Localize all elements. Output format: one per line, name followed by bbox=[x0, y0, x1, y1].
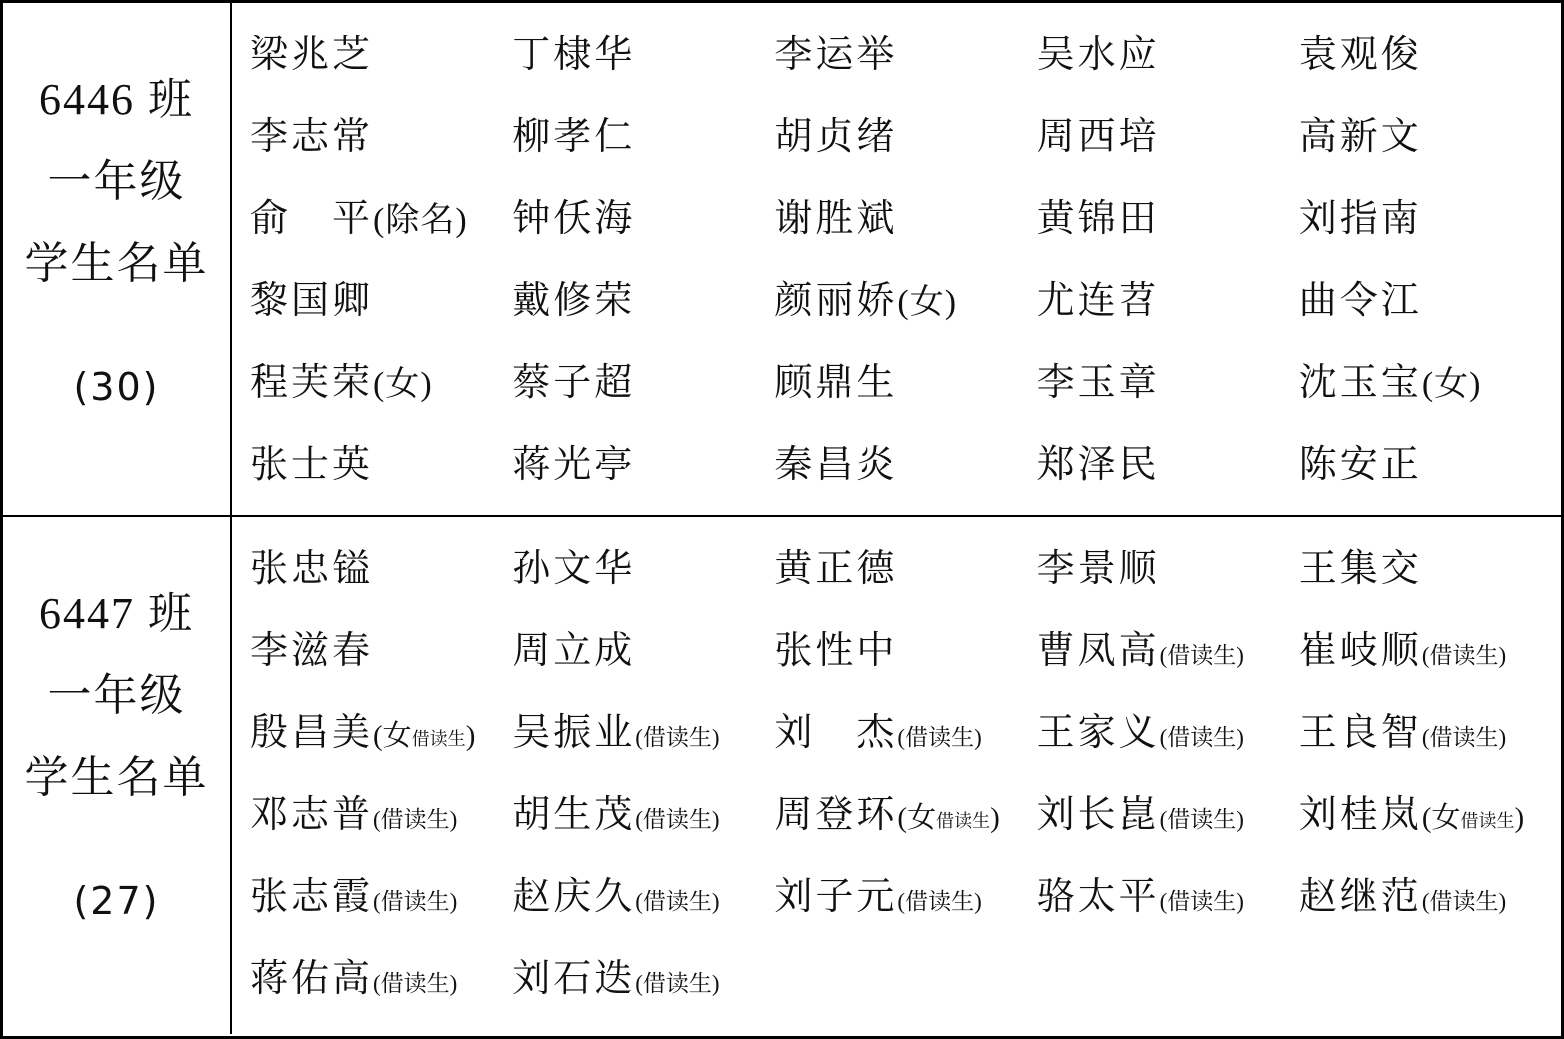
student-entry: 蒋光亭 bbox=[512, 433, 774, 488]
student-entry: 曲令江 bbox=[1299, 269, 1561, 324]
student-entry: 李运举 bbox=[774, 23, 1036, 78]
student-entry: 李玉章 bbox=[1037, 351, 1299, 406]
student-name: 蒋光亭 bbox=[512, 444, 635, 486]
student-name: 钟仸海 bbox=[512, 198, 635, 240]
student-entry: 尤连苕 bbox=[1037, 269, 1299, 324]
student-note: (借读生) bbox=[1160, 725, 1244, 750]
student-entry: 周登环(女借读生) bbox=[774, 783, 1036, 838]
student-name: 尤连苕 bbox=[1037, 280, 1160, 322]
student-name: 黄正德 bbox=[774, 548, 897, 590]
section-header-6446: 6446 班 一年级 学生名单 (30) bbox=[3, 3, 232, 515]
student-entry: 张性中 bbox=[774, 619, 1036, 674]
student-name: 陈安正 bbox=[1299, 444, 1422, 486]
student-note: (女借读生) bbox=[1422, 794, 1524, 836]
student-name: 程芙荣 bbox=[250, 362, 373, 404]
student-entry: 蒋佑高(借读生) bbox=[250, 947, 512, 1002]
student-note: (女) bbox=[1422, 366, 1482, 403]
student-name: 周西培 bbox=[1037, 116, 1160, 158]
student-entry: 崔岐顺(借读生) bbox=[1299, 619, 1561, 674]
student-entry: 黎国卿 bbox=[250, 269, 512, 324]
student-entry: 沈玉宝(女) bbox=[1299, 351, 1561, 406]
student-entry: 殷昌美(女借读生) bbox=[250, 701, 512, 756]
student-name: 王家义 bbox=[1037, 712, 1160, 754]
student-note: (借读生) bbox=[1422, 889, 1506, 914]
student-name: 胡生茂 bbox=[512, 794, 635, 836]
student-entry: 刘 杰(借读生) bbox=[774, 701, 1036, 756]
student-name: 李滋春 bbox=[250, 630, 373, 672]
student-name: 高新文 bbox=[1299, 116, 1422, 158]
student-name: 吴水应 bbox=[1037, 34, 1160, 76]
student-note: (除名) bbox=[373, 202, 468, 239]
student-entry: 王家义(借读生) bbox=[1037, 701, 1299, 756]
student-entry: 周西培 bbox=[1037, 105, 1299, 160]
student-name: 王集交 bbox=[1299, 548, 1422, 590]
grade-label: 一年级 bbox=[48, 655, 186, 737]
class-roster-table: 6446 班 一年级 学生名单 (30) 梁兆芝丁棣华李运举吴水应袁观俊李志常柳… bbox=[0, 0, 1564, 1039]
student-entry: 刘子元(借读生) bbox=[774, 865, 1036, 920]
student-name: 赵继范 bbox=[1299, 876, 1422, 918]
student-name: 谢胜斌 bbox=[774, 198, 897, 240]
student-note: (借读生) bbox=[1160, 807, 1244, 832]
student-name: 周立成 bbox=[512, 630, 635, 672]
student-name: 颜丽娇 bbox=[774, 280, 897, 322]
student-entry: 顾鼎生 bbox=[774, 351, 1036, 406]
student-entry: 曹凤高(借读生) bbox=[1037, 619, 1299, 674]
student-entry: 袁观俊 bbox=[1299, 23, 1561, 78]
student-entry: 刘指南 bbox=[1299, 187, 1561, 242]
student-name: 戴修荣 bbox=[512, 280, 635, 322]
student-count: (27) bbox=[73, 879, 159, 923]
class-number-label: 6446 班 bbox=[39, 59, 194, 141]
student-name: 黎国卿 bbox=[250, 280, 373, 322]
student-note: (借读生) bbox=[897, 889, 981, 914]
student-name-grid-6446: 梁兆芝丁棣华李运举吴水应袁观俊李志常柳孝仁胡贞绪周西培高新文俞 平(除名)钟仸海… bbox=[232, 3, 1561, 515]
student-note: (借读生) bbox=[635, 725, 719, 750]
student-entry: 郑泽民 bbox=[1037, 433, 1299, 488]
student-note: (借读生) bbox=[373, 807, 457, 832]
section-class-6446: 6446 班 一年级 学生名单 (30) 梁兆芝丁棣华李运举吴水应袁观俊李志常柳… bbox=[3, 3, 1561, 517]
student-name: 张志霞 bbox=[250, 876, 373, 918]
student-name: 刘长崑 bbox=[1037, 794, 1160, 836]
student-note: (借读生) bbox=[1422, 725, 1506, 750]
student-name: 曲令江 bbox=[1299, 280, 1422, 322]
student-name: 俞 平 bbox=[250, 198, 373, 240]
student-note: (借读生) bbox=[1422, 643, 1506, 668]
student-entry: 王集交 bbox=[1299, 537, 1561, 592]
class-number-label: 6447 班 bbox=[39, 573, 194, 655]
student-name: 顾鼎生 bbox=[774, 362, 897, 404]
student-entry: 赵继范(借读生) bbox=[1299, 865, 1561, 920]
student-note: (女借读生) bbox=[897, 794, 999, 836]
student-entry: 秦昌炎 bbox=[774, 433, 1036, 488]
student-entry: 邓志普(借读生) bbox=[250, 783, 512, 838]
student-name: 邓志普 bbox=[250, 794, 373, 836]
student-name-grid-6447: 张忠镒孙文华黄正德李景顺王集交李滋春周立成张性中曹凤高(借读生)崔岐顺(借读生)… bbox=[232, 517, 1561, 1034]
student-entry: 周立成 bbox=[512, 619, 774, 674]
student-entry: 黄正德 bbox=[774, 537, 1036, 592]
student-note: (借读生) bbox=[635, 971, 719, 996]
student-entry: 李滋春 bbox=[250, 619, 512, 674]
student-entry: 张士英 bbox=[250, 433, 512, 488]
student-note: (借读生) bbox=[373, 889, 457, 914]
student-entry: 梁兆芝 bbox=[250, 23, 512, 78]
student-name: 袁观俊 bbox=[1299, 34, 1422, 76]
roster-label: 学生名单 bbox=[25, 737, 209, 819]
student-name: 秦昌炎 bbox=[774, 444, 897, 486]
student-entry: 胡贞绪 bbox=[774, 105, 1036, 160]
student-name: 殷昌美 bbox=[250, 712, 373, 754]
student-entry: 高新文 bbox=[1299, 105, 1561, 160]
student-name: 吴振业 bbox=[512, 712, 635, 754]
student-name: 刘石迭 bbox=[512, 958, 635, 1000]
student-name: 刘子元 bbox=[774, 876, 897, 918]
student-entry: 丁棣华 bbox=[512, 23, 774, 78]
student-entry: 蔡子超 bbox=[512, 351, 774, 406]
student-entry: 谢胜斌 bbox=[774, 187, 1036, 242]
student-note: (借读生) bbox=[635, 889, 719, 914]
student-entry: 李志常 bbox=[250, 105, 512, 160]
student-note: (借读生) bbox=[373, 971, 457, 996]
student-name: 蔡子超 bbox=[512, 362, 635, 404]
grade-label: 一年级 bbox=[48, 141, 186, 223]
student-name: 刘 杰 bbox=[774, 712, 897, 754]
student-name: 张性中 bbox=[774, 630, 897, 672]
student-entry: 骆太平(借读生) bbox=[1037, 865, 1299, 920]
student-note: (借读生) bbox=[635, 807, 719, 832]
student-entry: 胡生茂(借读生) bbox=[512, 783, 774, 838]
student-note: (女) bbox=[897, 284, 957, 321]
student-entry: 王良智(借读生) bbox=[1299, 701, 1561, 756]
student-entry: 黄锦田 bbox=[1037, 187, 1299, 242]
student-name: 胡贞绪 bbox=[774, 116, 897, 158]
student-name: 曹凤高 bbox=[1037, 630, 1160, 672]
student-entry: 刘石迭(借读生) bbox=[512, 947, 774, 1002]
student-count: (30) bbox=[73, 365, 159, 409]
student-entry: 张志霞(借读生) bbox=[250, 865, 512, 920]
student-entry: 颜丽娇(女) bbox=[774, 269, 1036, 324]
student-name: 蒋佑高 bbox=[250, 958, 373, 1000]
student-entry: 孙文华 bbox=[512, 537, 774, 592]
student-entry: 戴修荣 bbox=[512, 269, 774, 324]
student-name: 李玉章 bbox=[1037, 362, 1160, 404]
student-name: 柳孝仁 bbox=[512, 116, 635, 158]
student-entry: 俞 平(除名) bbox=[250, 187, 512, 242]
section-class-6447: 6447 班 一年级 学生名单 (27) 张忠镒孙文华黄正德李景顺王集交李滋春周… bbox=[3, 517, 1561, 1034]
student-name: 梁兆芝 bbox=[250, 34, 373, 76]
student-name: 刘指南 bbox=[1299, 198, 1422, 240]
student-name: 刘桂岚 bbox=[1299, 794, 1422, 836]
student-name: 骆太平 bbox=[1037, 876, 1160, 918]
student-note: (借读生) bbox=[1160, 643, 1244, 668]
student-note: (借读生) bbox=[897, 725, 981, 750]
student-entry: 吴水应 bbox=[1037, 23, 1299, 78]
student-note: (女) bbox=[373, 366, 433, 403]
student-name: 赵庆久 bbox=[512, 876, 635, 918]
student-name: 郑泽民 bbox=[1037, 444, 1160, 486]
student-entry: 钟仸海 bbox=[512, 187, 774, 242]
student-name: 沈玉宝 bbox=[1299, 362, 1422, 404]
student-entry: 陈安正 bbox=[1299, 433, 1561, 488]
student-entry: 李景顺 bbox=[1037, 537, 1299, 592]
student-name: 丁棣华 bbox=[512, 34, 635, 76]
student-note: (女借读生) bbox=[373, 712, 475, 754]
section-header-6447: 6447 班 一年级 学生名单 (27) bbox=[3, 517, 232, 1034]
student-entry: 刘长崑(借读生) bbox=[1037, 783, 1299, 838]
student-entry: 张忠镒 bbox=[250, 537, 512, 592]
student-name: 李景顺 bbox=[1037, 548, 1160, 590]
student-name: 崔岐顺 bbox=[1299, 630, 1422, 672]
student-name: 王良智 bbox=[1299, 712, 1422, 754]
student-entry: 赵庆久(借读生) bbox=[512, 865, 774, 920]
student-name: 周登环 bbox=[774, 794, 897, 836]
student-name: 张士英 bbox=[250, 444, 373, 486]
student-name: 张忠镒 bbox=[250, 548, 373, 590]
student-name: 李运举 bbox=[774, 34, 897, 76]
roster-label: 学生名单 bbox=[25, 223, 209, 305]
student-name: 李志常 bbox=[250, 116, 373, 158]
student-name: 黄锦田 bbox=[1037, 198, 1160, 240]
student-entry: 柳孝仁 bbox=[512, 105, 774, 160]
student-entry: 程芙荣(女) bbox=[250, 351, 512, 406]
student-name: 孙文华 bbox=[512, 548, 635, 590]
student-entry: 刘桂岚(女借读生) bbox=[1299, 783, 1561, 838]
student-entry: 吴振业(借读生) bbox=[512, 701, 774, 756]
student-note: (借读生) bbox=[1160, 889, 1244, 914]
